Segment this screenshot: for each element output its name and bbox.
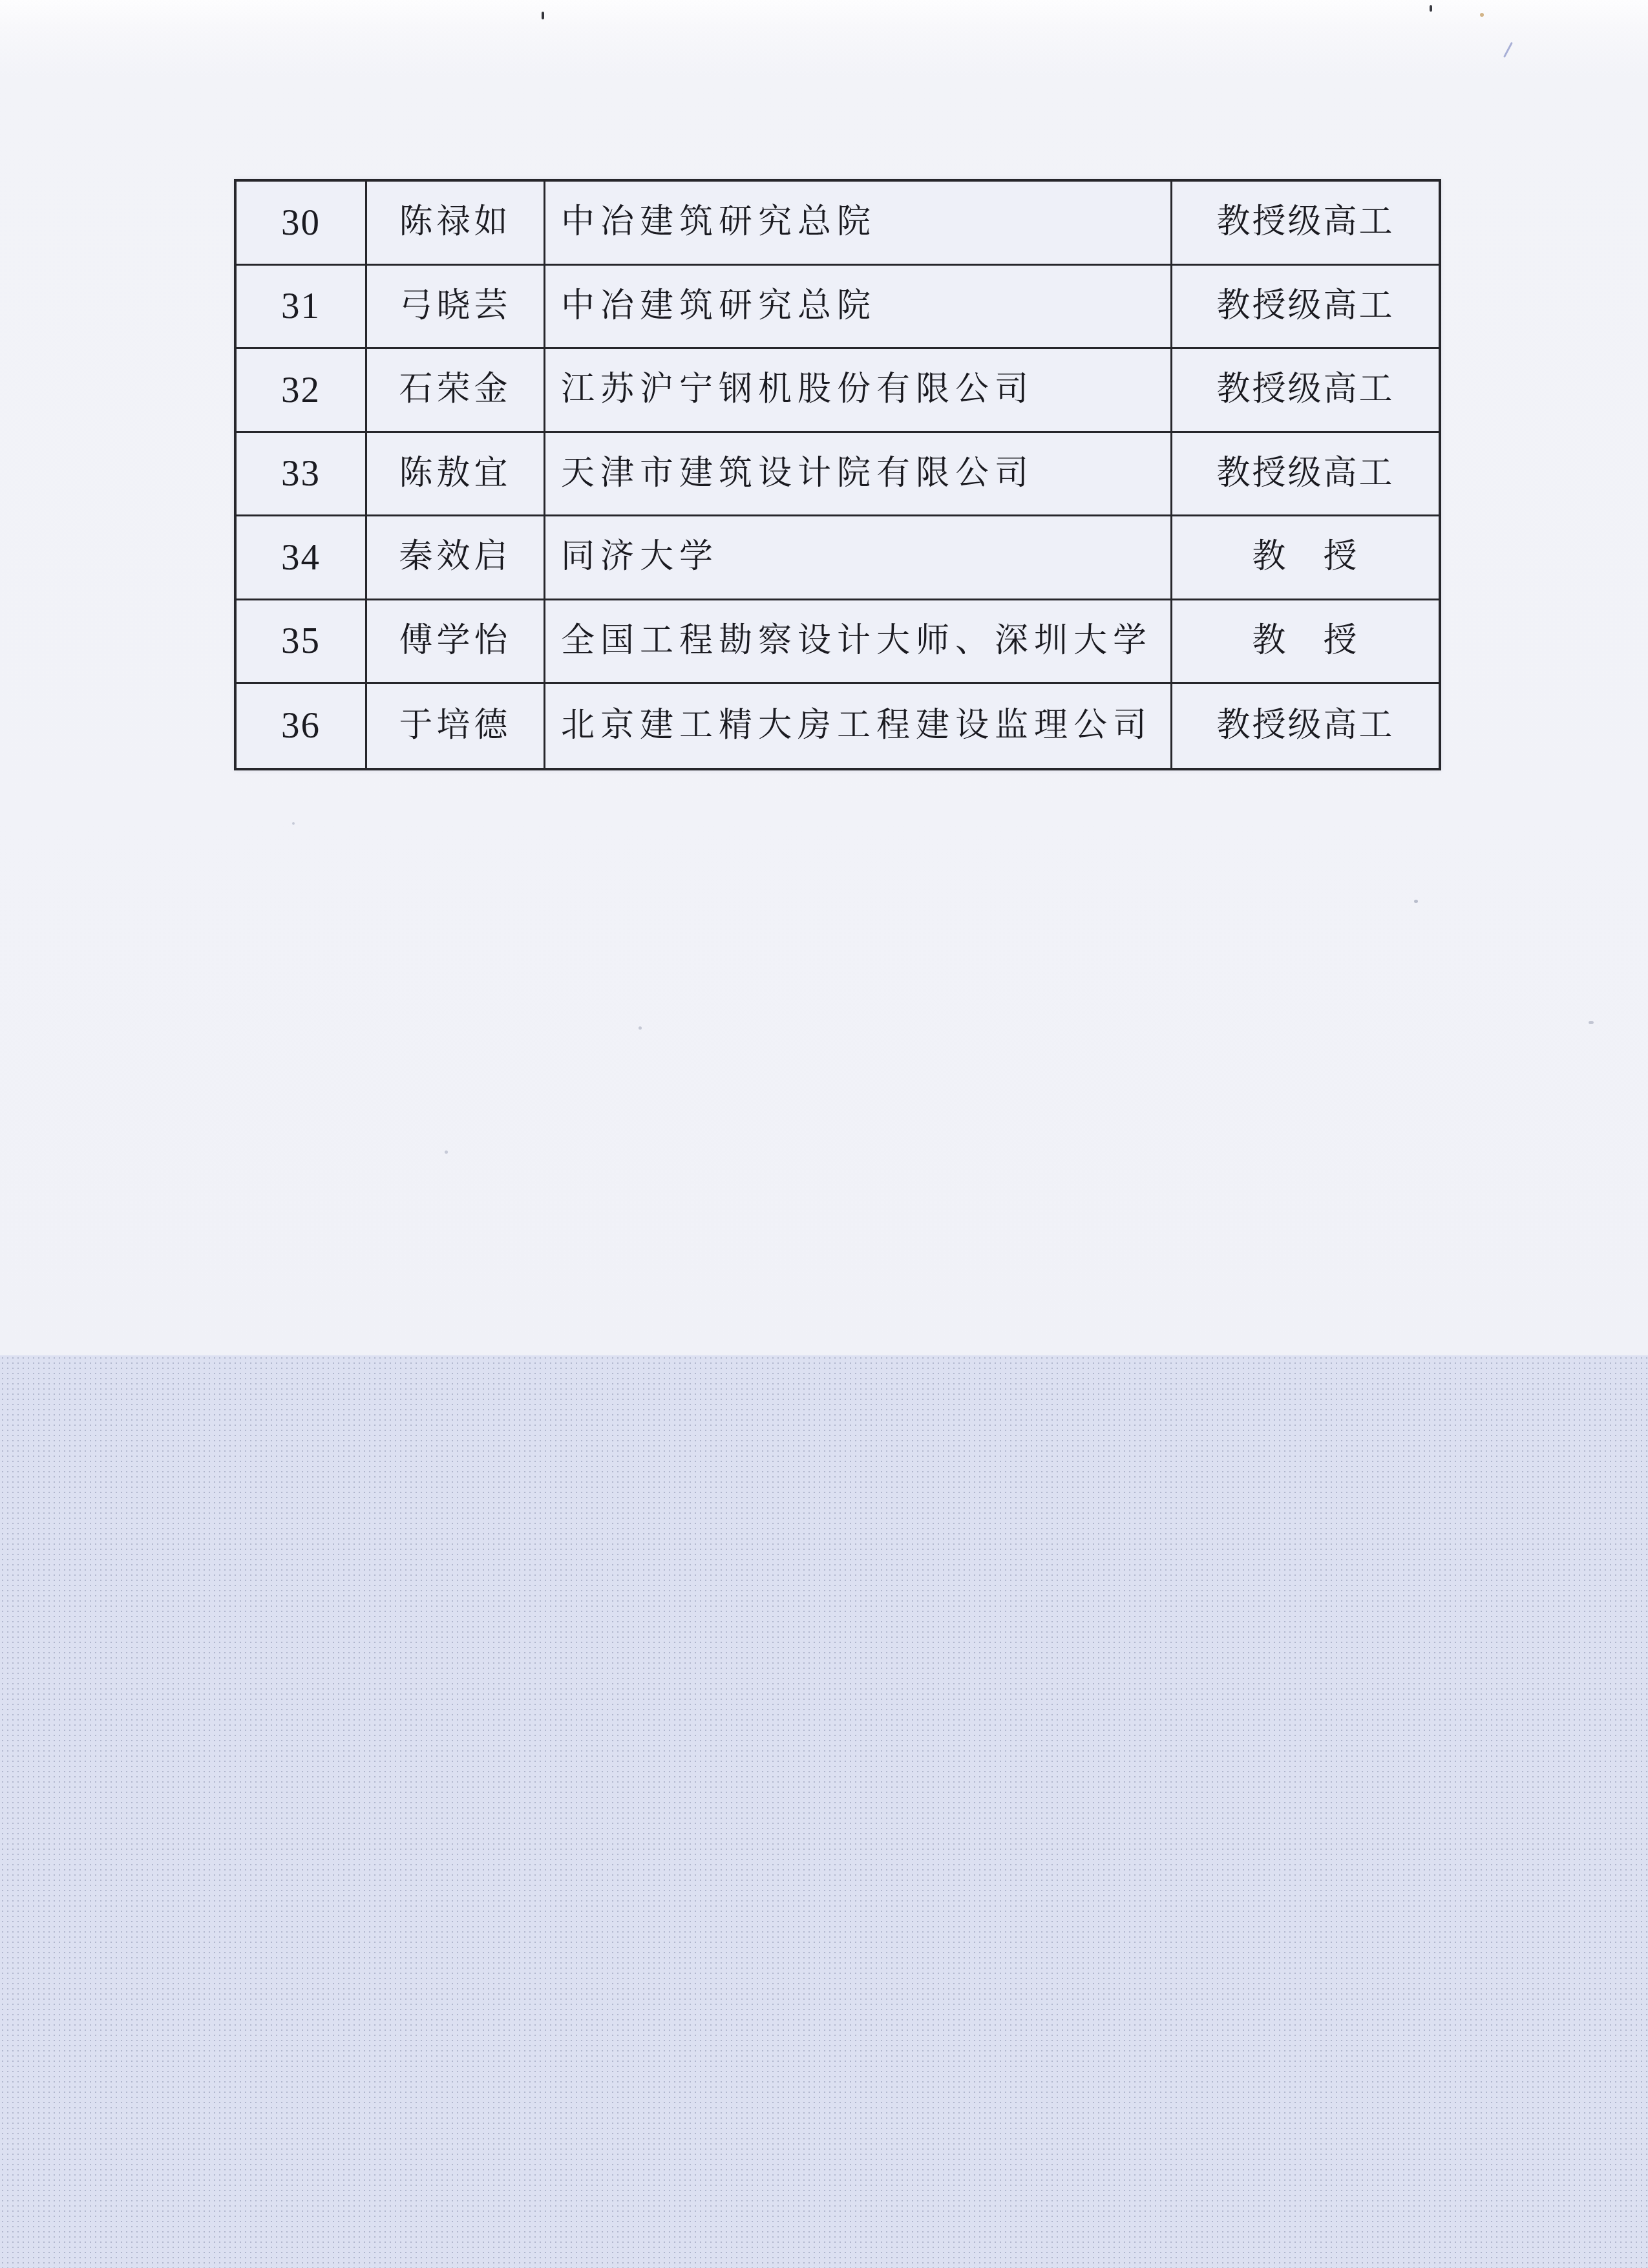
table-row: 31 弓晓芸 中冶建筑研究总院 教授级高工 — [237, 266, 1439, 350]
scan-speck — [1503, 42, 1513, 58]
cell-number: 32 — [237, 349, 367, 431]
scan-speck — [1480, 13, 1484, 17]
cell-name: 秦效启 — [367, 516, 545, 599]
cell-name: 于培德 — [367, 684, 545, 768]
cell-number: 35 — [237, 600, 367, 683]
table-row: 35 傅学怡 全国工程勘察设计大师、深圳大学 教 授 — [237, 600, 1439, 684]
table-row: 33 陈敖宜 天津市建筑设计院有限公司 教授级高工 — [237, 433, 1439, 517]
page-upper-region: 30 陈禄如 中冶建筑研究总院 教授级高工 31 弓晓芸 中冶建筑研究总院 教授… — [0, 0, 1648, 1355]
cell-title: 教 授 — [1172, 600, 1439, 683]
cell-title: 教授级高工 — [1172, 684, 1439, 768]
scan-speck — [1414, 900, 1418, 903]
cell-name: 傅学怡 — [367, 600, 545, 683]
table-row: 36 于培德 北京建工精大房工程建设监理公司 教授级高工 — [237, 684, 1439, 768]
cell-organization: 全国工程勘察设计大师、深圳大学 — [545, 600, 1172, 683]
cell-name: 石荣金 — [367, 349, 545, 431]
scan-speck — [639, 1026, 642, 1030]
cell-organization: 中冶建筑研究总院 — [545, 182, 1172, 264]
cell-number: 33 — [237, 433, 367, 515]
scan-speck — [445, 1150, 448, 1154]
cell-organization: 同济大学 — [545, 516, 1172, 599]
cell-organization: 江苏沪宁钢机股份有限公司 — [545, 349, 1172, 431]
scan-speck — [1430, 5, 1432, 12]
cell-name: 陈敖宜 — [367, 433, 545, 515]
cell-organization: 天津市建筑设计院有限公司 — [545, 433, 1172, 515]
cell-title: 教授级高工 — [1172, 182, 1439, 264]
cell-number: 31 — [237, 266, 367, 348]
cell-title: 教授级高工 — [1172, 266, 1439, 348]
cell-number: 34 — [237, 516, 367, 599]
cell-name: 陈禄如 — [367, 182, 545, 264]
scan-speck — [292, 822, 295, 825]
cell-title: 教 授 — [1172, 516, 1439, 599]
scanned-page: 30 陈禄如 中冶建筑研究总院 教授级高工 31 弓晓芸 中冶建筑研究总院 教授… — [0, 0, 1648, 2268]
scan-speck — [1589, 1021, 1594, 1024]
cell-title: 教授级高工 — [1172, 433, 1439, 515]
scan-speck — [542, 12, 544, 19]
cell-number: 30 — [237, 182, 367, 264]
cell-number: 36 — [237, 684, 367, 768]
table-row: 32 石荣金 江苏沪宁钢机股份有限公司 教授级高工 — [237, 349, 1439, 433]
page-lower-region — [0, 1355, 1648, 2268]
cell-title: 教授级高工 — [1172, 349, 1439, 431]
table-row: 30 陈禄如 中冶建筑研究总院 教授级高工 — [237, 182, 1439, 266]
cell-organization: 中冶建筑研究总院 — [545, 266, 1172, 348]
cell-organization: 北京建工精大房工程建设监理公司 — [545, 684, 1172, 768]
table-row: 34 秦效启 同济大学 教 授 — [237, 516, 1439, 600]
experts-table: 30 陈禄如 中冶建筑研究总院 教授级高工 31 弓晓芸 中冶建筑研究总院 教授… — [234, 179, 1441, 770]
cell-name: 弓晓芸 — [367, 266, 545, 348]
